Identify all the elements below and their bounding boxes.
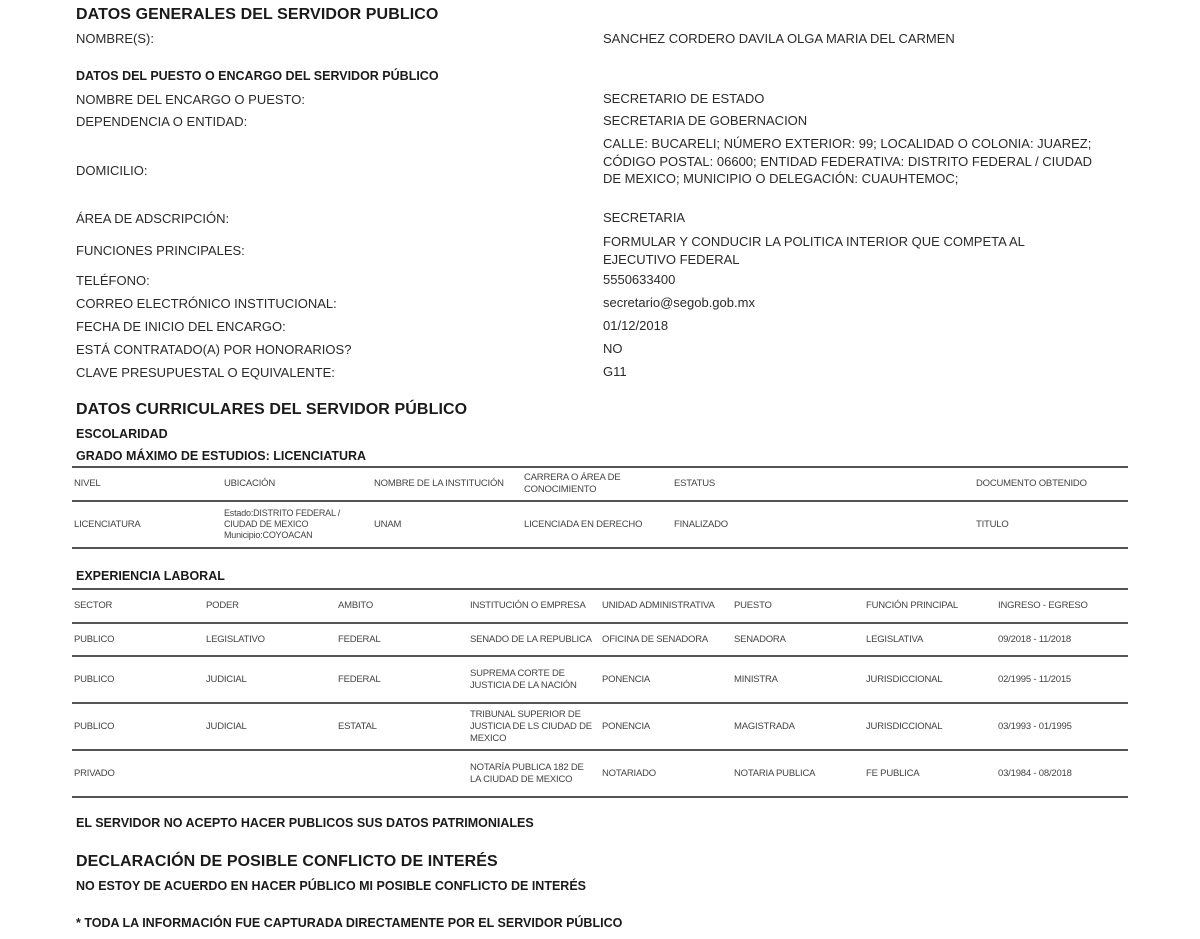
field-value-fecha-inicio: 01/12/2018: [603, 317, 1103, 335]
table-row: PUBLICO LEGISLATIVO FEDERAL SENADO DE LA…: [72, 623, 1128, 656]
experiencia-table: SECTOR PODER AMBITO INSTITUCIÓN O EMPRES…: [72, 588, 1128, 798]
field-value-telefono: 5550633400: [603, 271, 1103, 289]
curricular-title: DATOS CURRICULARES DEL SERVIDOR PÚBLICO: [76, 401, 467, 419]
cell: FINALIZADO: [672, 501, 824, 548]
col-header: NOMBRE DE LA INSTITUCIÓN: [372, 467, 522, 501]
field-label-puesto: NOMBRE DEL ENCARGO O PUESTO:: [76, 92, 305, 107]
field-value-puesto: SECRETARIO DE ESTADO: [603, 90, 1103, 108]
field-value-correo[interactable]: secretario@segob.gob.mx: [603, 294, 1103, 312]
cell: PUBLICO: [72, 656, 204, 703]
col-header: [824, 467, 974, 501]
cell: SENADO DE LA REPUBLICA: [468, 623, 600, 656]
col-header: ESTATUS: [672, 467, 824, 501]
footer-note: * TODA LA INFORMACIÓN FUE CAPTURADA DIRE…: [76, 916, 622, 930]
cell: 02/1995 - 11/2015: [996, 656, 1128, 703]
cell: [824, 501, 974, 548]
cell: PRIVADO: [72, 750, 204, 797]
col-header: PUESTO: [732, 589, 864, 623]
experiencia-title: EXPERIENCIA LABORAL: [76, 569, 225, 583]
col-header: UNIDAD ADMINISTRATIVA: [600, 589, 732, 623]
cell: JUDICIAL: [204, 703, 336, 750]
cell: FEDERAL: [336, 656, 468, 703]
experiencia-header-row: SECTOR PODER AMBITO INSTITUCIÓN O EMPRES…: [72, 589, 1128, 623]
cell: FEDERAL: [336, 623, 468, 656]
cell: SUPREMA CORTE DE JUSTICIA DE LA NACIÓN: [468, 656, 600, 703]
cell: Estado:DISTRITO FEDERAL / CIUDAD DE MEXI…: [222, 501, 372, 548]
escolaridad-header-row: NIVEL UBICACIÓN NOMBRE DE LA INSTITUCIÓN…: [72, 467, 1128, 501]
field-value-dependencia: SECRETARIA DE GOBERNACION: [603, 112, 1103, 130]
field-value-clave: G11: [603, 363, 1103, 381]
col-header: UBICACIÓN: [222, 467, 372, 501]
cell: MAGISTRADA: [732, 703, 864, 750]
field-label-area: ÁREA DE ADSCRIPCIÓN:: [76, 211, 229, 226]
escolaridad-table: NIVEL UBICACIÓN NOMBRE DE LA INSTITUCIÓN…: [72, 466, 1128, 549]
cell: JURISDICCIONAL: [864, 703, 996, 750]
field-label-clave: CLAVE PRESUPUESTAL O EQUIVALENTE:: [76, 365, 335, 380]
col-header: DOCUMENTO OBTENIDO: [974, 467, 1128, 501]
conflicto-text: NO ESTOY DE ACUERDO EN HACER PÚBLICO MI …: [76, 879, 586, 893]
field-value-area: SECRETARIA: [603, 209, 1103, 227]
col-header: AMBITO: [336, 589, 468, 623]
table-row: PUBLICO JUDICIAL ESTATAL TRIBUNAL SUPERI…: [72, 703, 1128, 750]
cell: NOTARIADO: [600, 750, 732, 797]
col-header: INGRESO - EGRESO: [996, 589, 1128, 623]
cell: UNAM: [372, 501, 522, 548]
field-label-domicilio: DOMICILIO:: [76, 163, 148, 178]
col-header: SECTOR: [72, 589, 204, 623]
cell: [336, 750, 468, 797]
grado-title: GRADO MÁXIMO DE ESTUDIOS: LICENCIATURA: [76, 449, 366, 463]
field-label-telefono: TELÉFONO:: [76, 273, 150, 288]
cell: MINISTRA: [732, 656, 864, 703]
patrimonial-note: EL SERVIDOR NO ACEPTO HACER PUBLICOS SUS…: [76, 816, 534, 830]
cell: FE PUBLICA: [864, 750, 996, 797]
cell: SENADORA: [732, 623, 864, 656]
field-value-domicilio: CALLE: BUCARELI; NÚMERO EXTERIOR: 99; LO…: [603, 135, 1093, 188]
general-title: DATOS GENERALES DEL SERVIDOR PUBLICO: [76, 6, 438, 24]
field-label-correo: CORREO ELECTRÓNICO INSTITUCIONAL:: [76, 296, 337, 311]
cell: [204, 750, 336, 797]
cell: TRIBUNAL SUPERIOR DE JUSTICIA DE LS CIUD…: [468, 703, 600, 750]
col-header: NIVEL: [72, 467, 222, 501]
cell: PUBLICO: [72, 703, 204, 750]
cell: NOTARÍA PUBLICA 182 DE LA CIUDAD DE MEXI…: [468, 750, 600, 797]
field-label-fecha-inicio: FECHA DE INICIO DEL ENCARGO:: [76, 319, 286, 334]
col-header: CARRERA O ÁREA DE CONOCIMIENTO: [522, 467, 672, 501]
conflicto-title: DECLARACIÓN DE POSIBLE CONFLICTO DE INTE…: [76, 853, 498, 871]
field-value-honorarios: NO: [603, 340, 1103, 358]
cell: ESTATAL: [336, 703, 468, 750]
cell: TITULO: [974, 501, 1128, 548]
table-row: LICENCIATURA Estado:DISTRITO FEDERAL / C…: [72, 501, 1128, 548]
name-value: SANCHEZ CORDERO DAVILA OLGA MARIA DEL CA…: [603, 30, 1103, 48]
cell: JUDICIAL: [204, 656, 336, 703]
field-value-funciones: FORMULAR Y CONDUCIR LA POLITICA INTERIOR…: [603, 233, 1093, 269]
col-header: INSTITUCIÓN O EMPRESA: [468, 589, 600, 623]
cell: 03/1993 - 01/1995: [996, 703, 1128, 750]
cell: OFICINA DE SENADORA: [600, 623, 732, 656]
cell: 03/1984 - 08/2018: [996, 750, 1128, 797]
name-label: NOMBRE(S):: [76, 31, 154, 46]
col-header: FUNCIÓN PRINCIPAL: [864, 589, 996, 623]
col-header: PODER: [204, 589, 336, 623]
cell: JURISDICCIONAL: [864, 656, 996, 703]
puesto-title: DATOS DEL PUESTO O ENCARGO DEL SERVIDOR …: [76, 69, 439, 83]
cell: LEGISLATIVA: [864, 623, 996, 656]
field-label-honorarios: ESTÁ CONTRATADO(A) POR HONORARIOS?: [76, 342, 351, 357]
cell: LICENCIADA EN DERECHO: [522, 501, 672, 548]
table-row: PUBLICO JUDICIAL FEDERAL SUPREMA CORTE D…: [72, 656, 1128, 703]
cell: PONENCIA: [600, 703, 732, 750]
cell: PUBLICO: [72, 623, 204, 656]
field-label-dependencia: DEPENDENCIA O ENTIDAD:: [76, 114, 247, 129]
cell: NOTARIA PUBLICA: [732, 750, 864, 797]
cell: LICENCIATURA: [72, 501, 222, 548]
table-row: PRIVADO NOTARÍA PUBLICA 182 DE LA CIUDAD…: [72, 750, 1128, 797]
cell: 09/2018 - 11/2018: [996, 623, 1128, 656]
escolaridad-title: ESCOLARIDAD: [76, 427, 168, 441]
field-label-funciones: FUNCIONES PRINCIPALES:: [76, 243, 245, 258]
cell: PONENCIA: [600, 656, 732, 703]
cell: LEGISLATIVO: [204, 623, 336, 656]
